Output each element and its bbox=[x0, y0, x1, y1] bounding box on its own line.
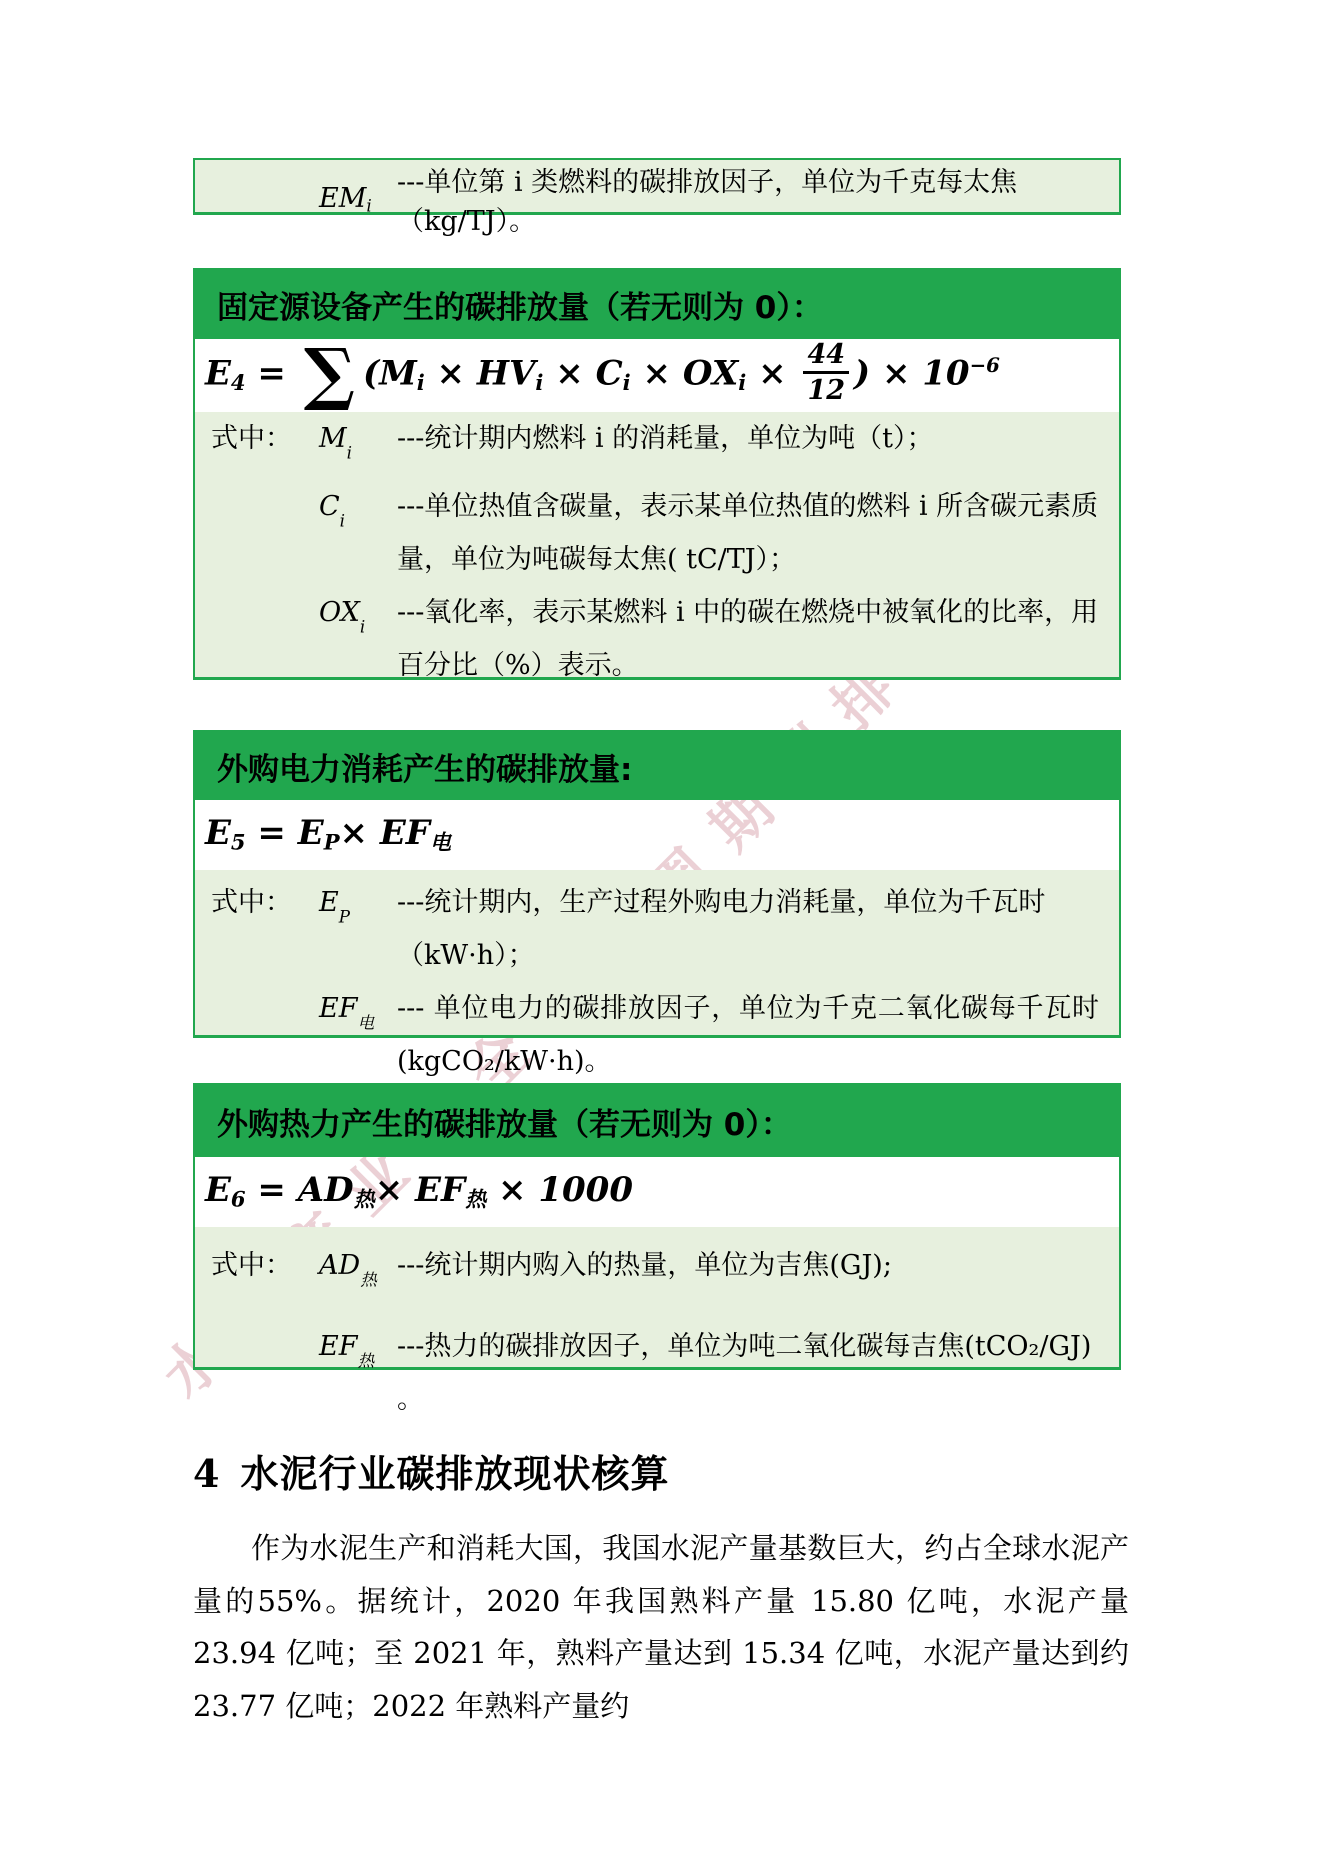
explanation-stationary: 式中： Mi ---统计期内燃料 i 的消耗量，单位为吨（t）； Ci ---单… bbox=[195, 412, 1119, 677]
explanation-row: EF热 ---热力的碳排放因子，单位为吨二氧化碳每吉焦(tCO₂/GJ) 。 bbox=[211, 1320, 1099, 1426]
shizhong-label: 式中： bbox=[211, 412, 319, 480]
explanation-row: Ci ---单位热值含碳量，表示某单位热值的燃料 i 所含碳元素质量，单位为吨碳… bbox=[211, 480, 1099, 586]
symbol-EF-dian-description: --- 单位电力的碳排放因子，单位为千克二氧化碳每千瓦时 (kgCO₂/kW·h… bbox=[397, 982, 1099, 1088]
formula-E6: E6 = AD热× EF热 × 1000 bbox=[195, 1157, 1119, 1227]
symbol-EP: EP bbox=[319, 876, 397, 982]
symbol-OXi: OXi bbox=[319, 586, 397, 692]
formula-E4: E4 = ∑(Mi × HVi × Ci × OXi × 4412) × 10−… bbox=[195, 339, 1119, 412]
explanation-electricity: 式中： EP ---统计期内，生产过程外购电力消耗量，单位为千瓦时（kW·h）；… bbox=[195, 870, 1119, 1035]
symbol-EF-re-description: ---热力的碳排放因子，单位为吨二氧化碳每吉焦(tCO₂/GJ) 。 bbox=[397, 1320, 1099, 1426]
formula-E5: E5 = EP× EF电 bbox=[195, 800, 1119, 870]
symbol-EMi-description: ---单位第 i 类燃料的碳排放因子，单位为千克每太焦（kg/TJ）。 bbox=[397, 160, 1119, 238]
symbol-EF-dian: EF电 bbox=[319, 982, 397, 1088]
symbol-OXi-description: ---氧化率，表示某燃料 i 中的碳在燃烧中被氧化的比率，用百分比（%）表示。 bbox=[397, 586, 1099, 692]
section-title: 水泥行业碳排放现状核算 bbox=[240, 1451, 669, 1496]
sigma-icon: ∑ bbox=[304, 334, 355, 414]
body-paragraph: 作为水泥生产和消耗大国，我国水泥产量基数巨大，约占全球水泥产量的55%。据统计，… bbox=[193, 1522, 1129, 1732]
section-heading: 4水泥行业碳排放现状核算 bbox=[193, 1443, 669, 1498]
explanation-heat: 式中： AD热 ---统计期内购入的热量，单位为吉焦(GJ); EF热 ---热… bbox=[195, 1227, 1119, 1367]
explanation-row: OXi ---氧化率，表示某燃料 i 中的碳在燃烧中被氧化的比率，用百分比（%）… bbox=[211, 586, 1099, 692]
explanation-row: 式中： EP ---统计期内，生产过程外购电力消耗量，单位为千瓦时（kW·h）； bbox=[211, 876, 1099, 982]
stationary-source-emissions-box: 固定源设备产生的碳排放量（若无则为 0）： E4 = ∑(Mi × HVi × … bbox=[193, 268, 1121, 680]
fuel-factor-note-box: EMi ---单位第 i 类燃料的碳排放因子，单位为千克每太焦（kg/TJ）。 bbox=[193, 158, 1121, 215]
box-title-stationary: 固定源设备产生的碳排放量（若无则为 0）： bbox=[217, 282, 823, 327]
purchased-electricity-emissions-box: 外购电力消耗产生的碳排放量: E5 = EP× EF电 式中： EP ---统计… bbox=[193, 730, 1121, 1038]
box-title-heat: 外购热力产生的碳排放量（若无则为 0）： bbox=[217, 1099, 792, 1144]
box-title-electricity: 外购电力消耗产生的碳排放量: bbox=[217, 744, 632, 789]
box-header-electricity: 外购电力消耗产生的碳排放量: bbox=[195, 732, 1119, 800]
symbol-Ci: Ci bbox=[319, 480, 397, 586]
symbol-Mi: Mi bbox=[319, 412, 397, 480]
symbol-Ci-description: ---单位热值含碳量，表示某单位热值的燃料 i 所含碳元素质量，单位为吨碳每太焦… bbox=[397, 480, 1099, 586]
document-page: 水泥产业链全生命周期碳排放 EMi ---单位第 i 类燃料的碳排放因子，单位为… bbox=[0, 0, 1323, 1871]
explanation-row: 式中： Mi ---统计期内燃料 i 的消耗量，单位为吨（t）； bbox=[211, 412, 1099, 480]
symbol-AD-re-description: ---统计期内购入的热量，单位为吉焦(GJ); bbox=[397, 1239, 1099, 1307]
shizhong-label: 式中： bbox=[211, 876, 319, 982]
symbol-EP-description: ---统计期内，生产过程外购电力消耗量，单位为千瓦时（kW·h）； bbox=[397, 876, 1099, 982]
symbol-EF-re: EF热 bbox=[319, 1320, 397, 1426]
symbol-AD-re: AD热 bbox=[319, 1239, 397, 1307]
section-number: 4 bbox=[193, 1451, 220, 1496]
box-header-stationary: 固定源设备产生的碳排放量（若无则为 0）： bbox=[195, 270, 1119, 339]
explanation-row: EF电 --- 单位电力的碳排放因子，单位为千克二氧化碳每千瓦时 (kgCO₂/… bbox=[211, 982, 1099, 1088]
shizhong-label: 式中： bbox=[211, 1239, 319, 1307]
fraction-44-12: 4412 bbox=[803, 339, 849, 406]
symbol-EMi: EMi bbox=[319, 183, 397, 215]
symbol-Mi-description: ---统计期内燃料 i 的消耗量，单位为吨（t）； bbox=[397, 412, 1099, 480]
box-header-heat: 外购热力产生的碳排放量（若无则为 0）： bbox=[195, 1085, 1119, 1157]
explanation-row: 式中： AD热 ---统计期内购入的热量，单位为吉焦(GJ); bbox=[211, 1239, 1099, 1307]
purchased-heat-emissions-box: 外购热力产生的碳排放量（若无则为 0）： E6 = AD热× EF热 × 100… bbox=[193, 1083, 1121, 1370]
